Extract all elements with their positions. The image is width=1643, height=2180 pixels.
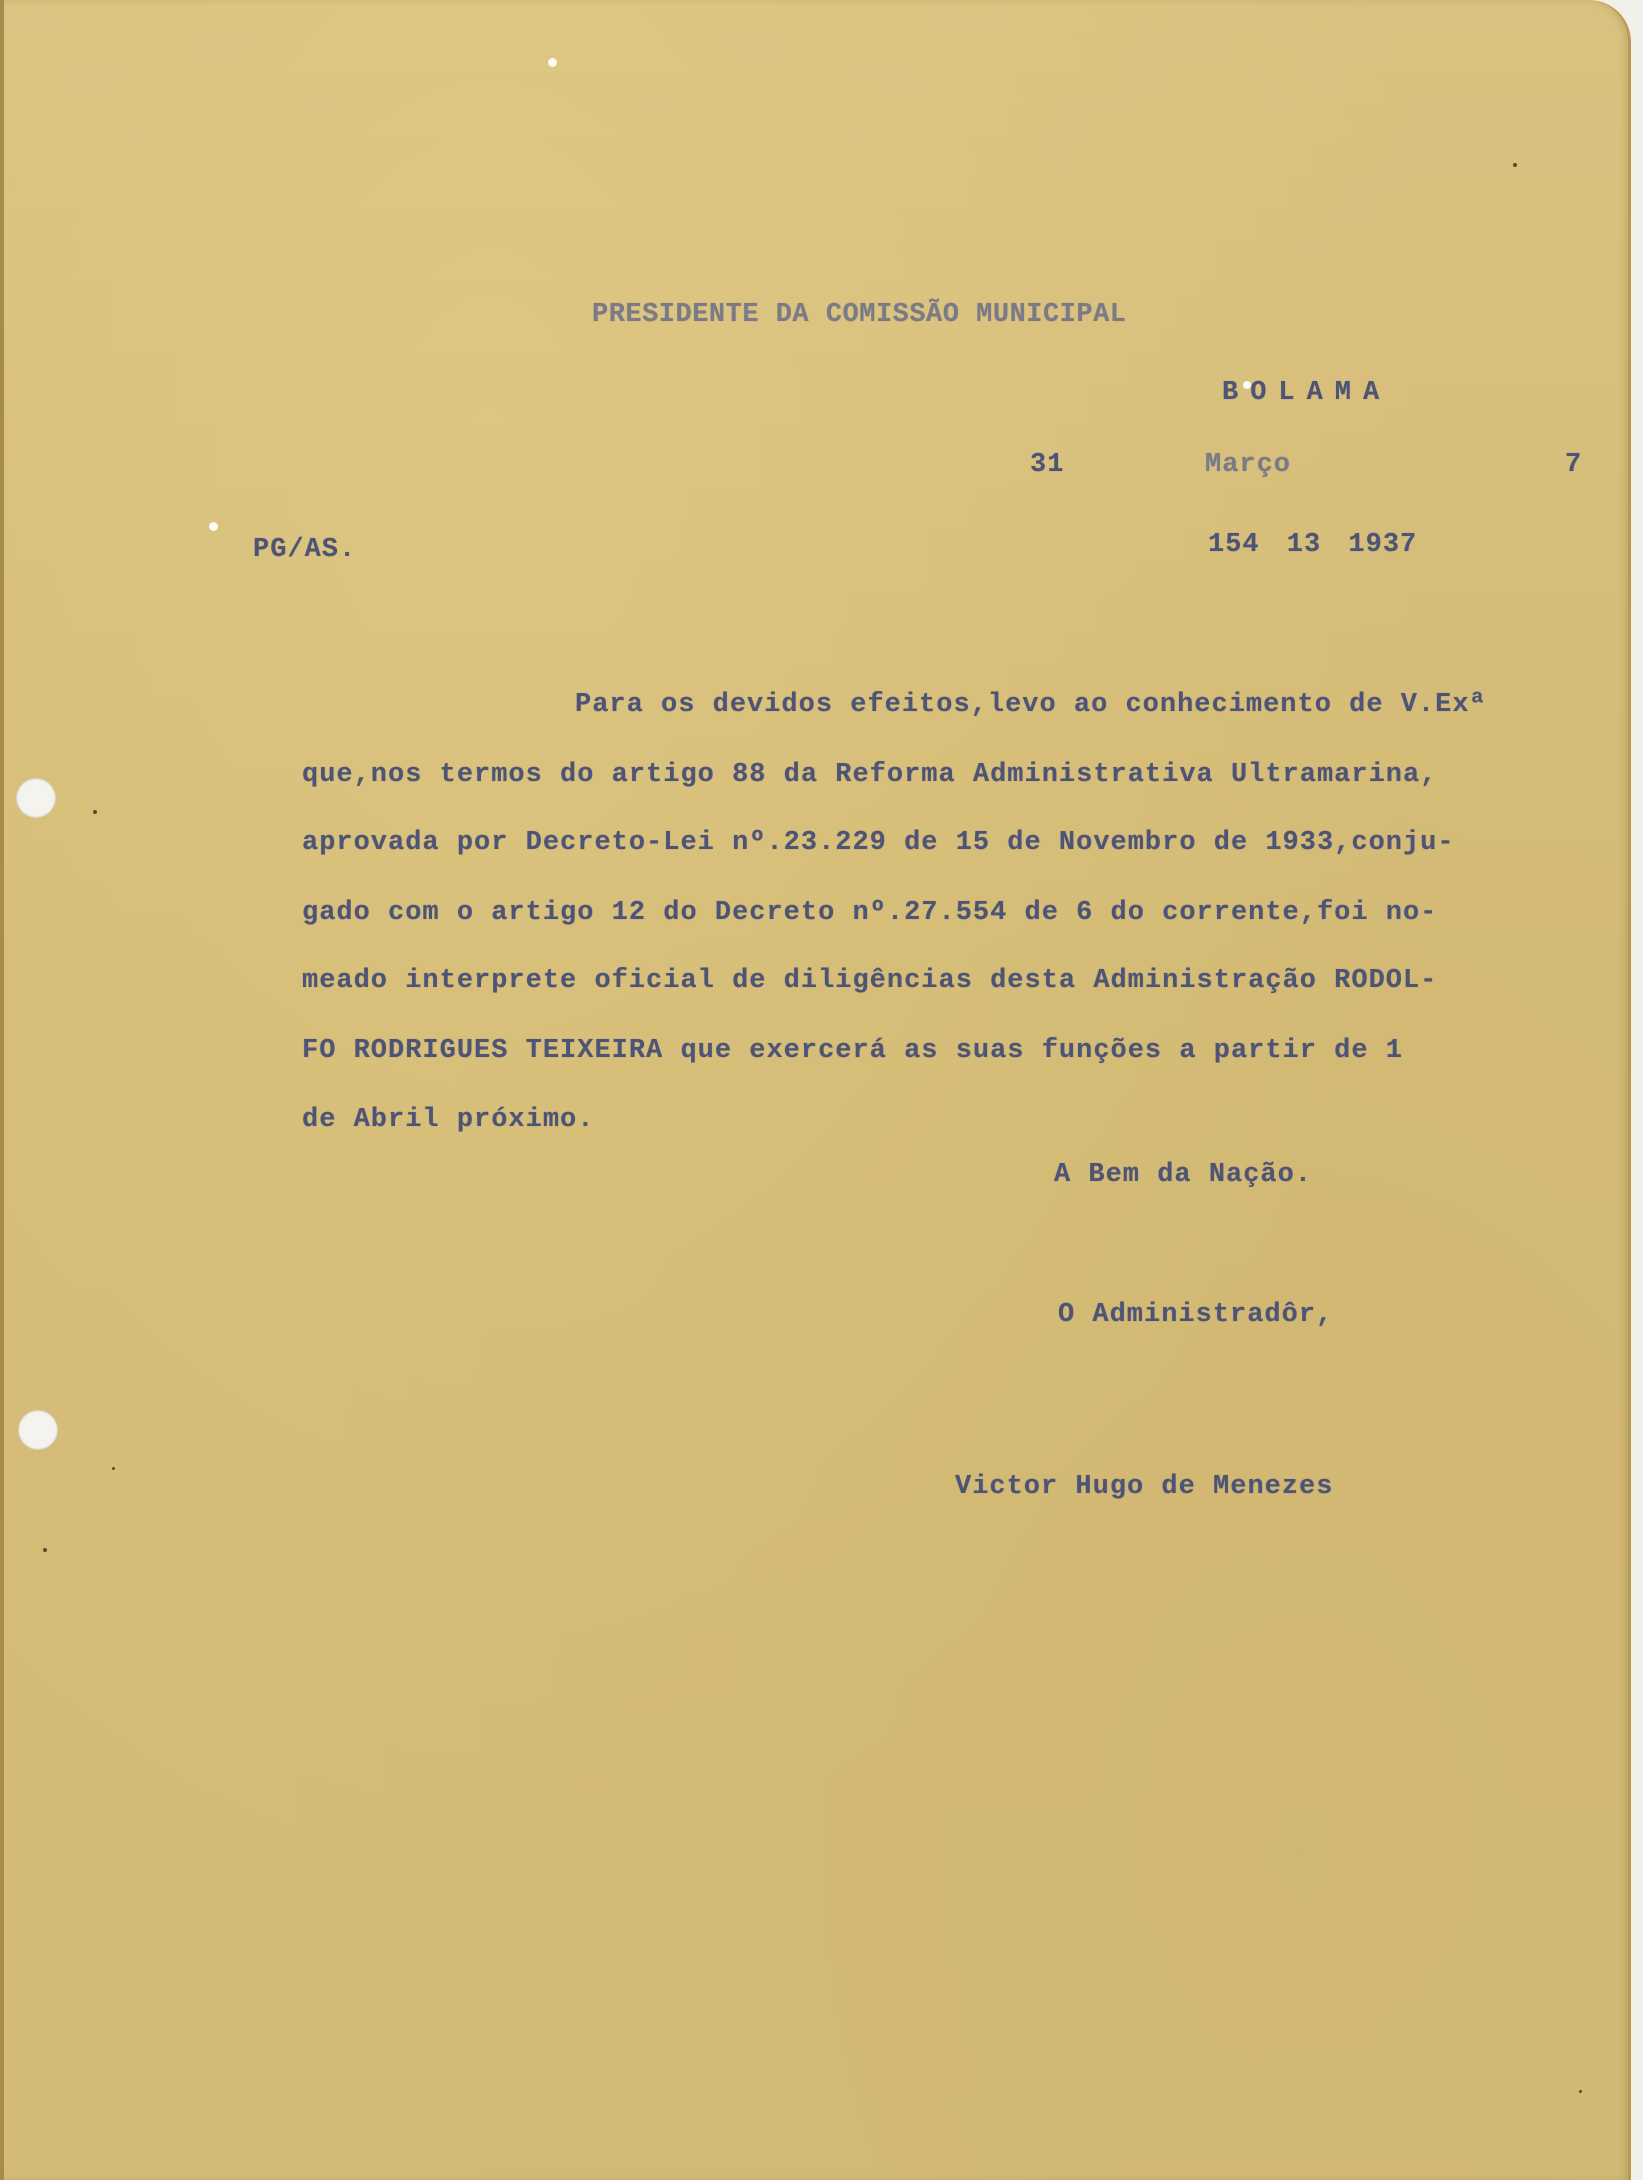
punch-hole-bottom (18, 1410, 58, 1450)
body-line: que,nos termos do artigo 88 da Reforma A… (302, 740, 1437, 810)
paper-spot (112, 1467, 115, 1470)
document-heading: PRESIDENTE DA COMISSÃO MUNICIPAL (592, 300, 1126, 330)
reference-number: 7 (1565, 450, 1582, 480)
paper-spot (1513, 163, 1517, 167)
date-day: 31 (1030, 450, 1064, 480)
body-line: meado interprete oficial de diligências … (302, 946, 1437, 1016)
body-line: gado com o artigo 12 do Decreto nº.27.55… (302, 878, 1437, 948)
signatory-title: O Administradôr, (1058, 1300, 1333, 1330)
body-line: FO RODRIGUES TEIXEIRA que exercerá as su… (302, 1016, 1403, 1086)
date-month: Março (1205, 450, 1291, 480)
filing-numbers: 154 13 1937 (1208, 530, 1417, 560)
body-line: de Abril próximo. (302, 1085, 594, 1155)
closing-salutation: A Bem da Nação. (1054, 1160, 1312, 1190)
body-line: Para os devidos efeitos,levo ao conhecim… (575, 670, 1487, 740)
punch-hole-top (16, 778, 56, 818)
paper-spot (1579, 2090, 1582, 2093)
reference-code: PG/AS. (253, 535, 356, 565)
paper-spot (43, 1548, 47, 1552)
document-page: PRESIDENTE DA COMISSÃO MUNICIPAL BOLAMA … (0, 0, 1631, 2180)
place-name: BOLAMA (1222, 378, 1391, 408)
body-line: aprovada por Decreto-Lei nº.23.229 de 15… (302, 808, 1455, 878)
page-left-edge (0, 0, 4, 2180)
signatory-name: Victor Hugo de Menezes (955, 1472, 1333, 1502)
paper-spot (209, 522, 218, 531)
paper-spot (93, 810, 97, 814)
paper-spot (548, 58, 557, 67)
